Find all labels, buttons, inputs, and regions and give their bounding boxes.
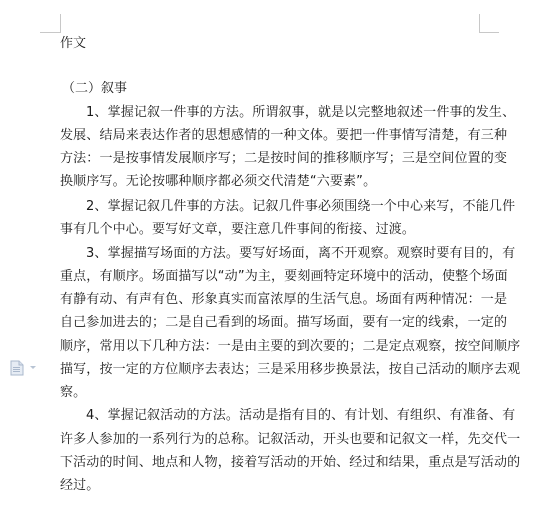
paste-options-icon[interactable] [10,360,24,376]
page-corner-mark-top-left [40,32,60,33]
chevron-down-icon[interactable] [30,366,36,369]
page-corner-mark-top-right [479,32,499,33]
paragraph-line: 1、掌握记叙一件事的方法。所谓叙事，就是以完整地叙述一件事的发生、 [86,104,515,122]
paragraph-line: 下活动的时间、地点和人物，接着写活动的开始、经过和结果，重点是写活动的 [60,454,520,472]
paragraph-line: 2、掌握记叙几件事的方法。记叙几件事必须围绕一个中心来写，不能几件 [86,198,515,216]
paragraph-line: 方法：一是按事情发展顺序写；二是按时间的推移顺序写；三是空间位置的变 [60,150,507,168]
section-heading: （二）叙事 [62,80,127,98]
paragraph-line: 重点，有顺序。场面描写以“动”为主，要刻画特定环境中的活动，使整个场面 [60,268,508,286]
document-title: 作文 [60,35,86,53]
paragraph-line: 4、掌握记叙活动的方法。活动是指有目的、有计划、有组织、有准备、有 [86,407,515,425]
paragraph-line: 描写，按一定的方位顺序去表达；三是采用移步换景法，按自己活动的顺序去观 [60,361,520,379]
paragraph-line: 有静有动、有声有色、形象真实而富浓厚的生活气息。场面有两种情况：一是 [60,291,507,309]
paragraph-line: 发展、结局来表达作者的思想感情的一种文体。要把一件事情写清楚，有三种 [60,127,507,145]
paragraph-line: 3、掌握描写场面的方法。要写好场面，离不开观察。观察时要有目的，有 [86,245,515,263]
paragraph-line: 许多人参加的一系列行为的总称。记叙活动，开头也要和记叙文一样，先交代一 [60,431,520,449]
paragraph-line: 察。 [60,384,86,402]
paragraph-line: 换顺序写。无论按哪种顺序都必须交代清楚“六要素”。 [60,173,376,191]
page-corner-mark-top-left [60,14,61,33]
paragraph-line: 自己参加进去的；二是自己看到的场面。描写场面，要有一定的线索，一定的 [60,314,507,332]
page-corner-mark-top-right [479,14,480,33]
paragraph-line: 顺序，常用以下几种方法：一是由主要的到次要的；二是定点观察，按空间顺序 [60,338,520,356]
paragraph-line: 事有几个中心。要写好文章，要注意几件事间的衔接、过渡。 [60,221,415,239]
paragraph-line: 经过。 [60,477,99,495]
